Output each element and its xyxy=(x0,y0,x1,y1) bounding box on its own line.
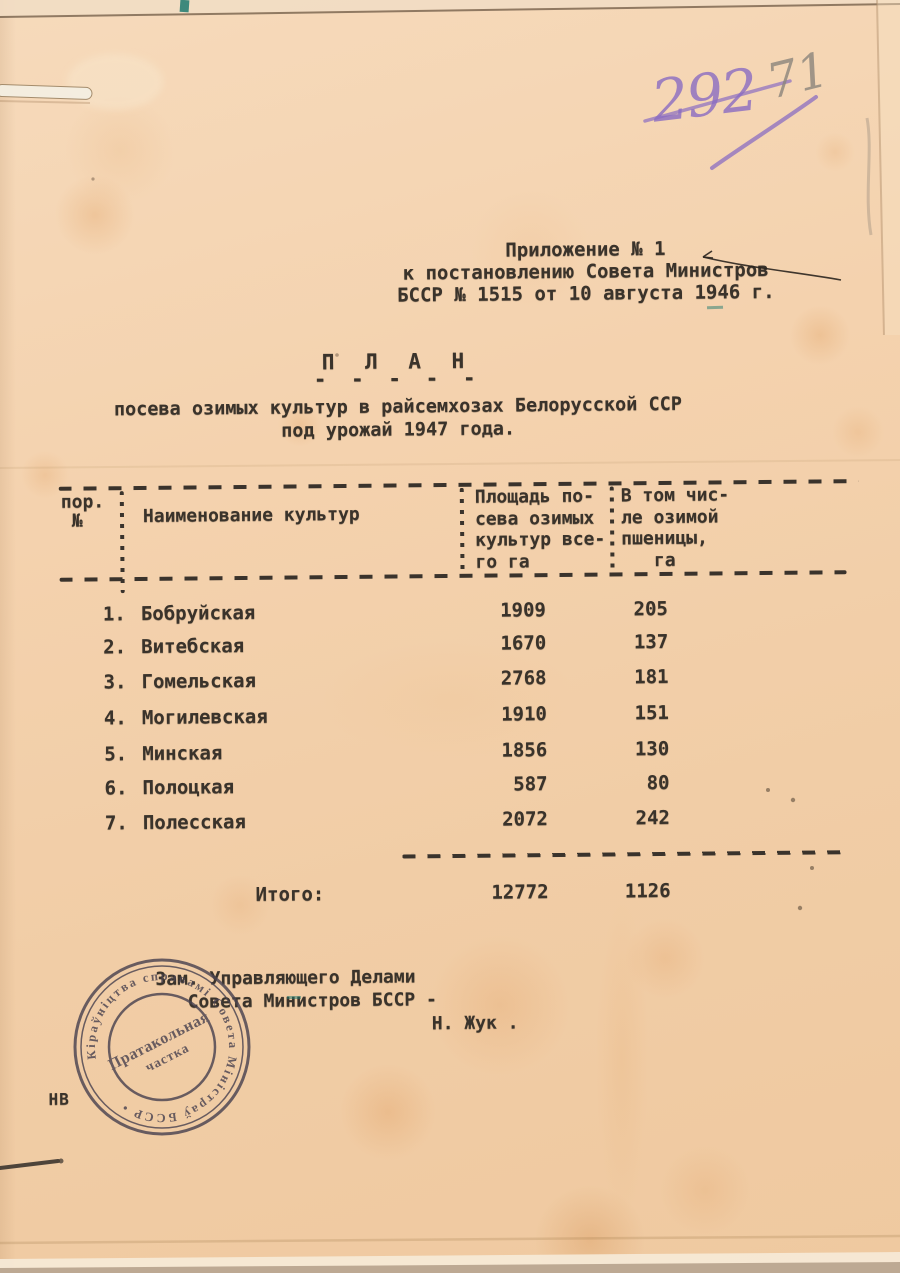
row-name: Витебская xyxy=(141,635,244,658)
row-number: 6. xyxy=(104,777,140,799)
table-row: 6. Полоцкая 587 80 xyxy=(1,770,900,805)
row-wheat-value: 205 xyxy=(592,598,668,621)
row-wheat-value: 130 xyxy=(593,738,669,761)
row-number: 7. xyxy=(105,812,141,834)
table-row: 2. Витебская 1670 137 xyxy=(0,629,900,664)
table-header-bottom-border xyxy=(60,570,847,582)
row-number: 2. xyxy=(103,636,139,658)
row-name: Гомельская xyxy=(141,670,256,693)
column-header-area: Площадь по- сева озимых культур все- го … xyxy=(475,486,606,573)
signatory-name: Н. Жук . xyxy=(432,1012,519,1034)
scanned-document-page: Приложение № 1 к постановлению Совета Ми… xyxy=(0,0,900,1273)
row-area-value: 1910 xyxy=(431,703,547,726)
row-name: Полоцкая xyxy=(142,776,234,799)
table-row: 4. Могилевская 1910 151 xyxy=(1,700,900,735)
appendix-line3: БССР № 1515 от 10 августа 1946 г. xyxy=(390,281,782,307)
subtitle-line1: посева озимых культур в райсемхозах Бело… xyxy=(93,394,703,421)
row-name: Минская xyxy=(142,742,222,765)
table-total-separator xyxy=(402,850,849,858)
row-wheat-value: 80 xyxy=(593,772,669,795)
row-name: Могилевская xyxy=(142,706,268,729)
appendix-header: Приложение № 1 к постановлению Совета Ми… xyxy=(389,237,782,307)
row-area-value: 2768 xyxy=(430,667,546,690)
table-row: 1. Бобруйская 1909 205 xyxy=(0,596,900,631)
row-area-value: 1909 xyxy=(430,599,546,622)
column-header-wheat: В том чис- ле озимой пшеницы, га xyxy=(621,484,730,571)
total-area-value: 12772 xyxy=(433,881,549,904)
row-name: Бобруйская xyxy=(141,602,256,625)
table-row: 7. Полесская 2072 242 xyxy=(2,805,900,840)
row-area-value: 1856 xyxy=(431,739,547,762)
row-wheat-value: 181 xyxy=(592,666,668,689)
footer-initials: НВ xyxy=(48,1090,69,1109)
table-total-row: Итого: 12772 1126 xyxy=(3,878,900,913)
row-area-value: 1670 xyxy=(430,632,546,655)
column-header-number: пор. № xyxy=(61,492,105,530)
table-top-border xyxy=(59,479,859,491)
total-wheat-value: 1126 xyxy=(595,880,671,903)
row-number: 1. xyxy=(103,603,139,625)
title-underline: - - - - - xyxy=(93,364,703,394)
row-wheat-value: 242 xyxy=(594,807,670,830)
official-round-stamp: Кіраўніцтва справамі Совета Міністраў БС… xyxy=(72,957,252,1137)
total-label: Итого: xyxy=(256,883,325,906)
row-wheat-value: 151 xyxy=(593,702,669,725)
row-area-value: 2072 xyxy=(432,808,548,831)
row-wheat-value: 137 xyxy=(592,631,668,654)
table-row: 3. Гомельская 2768 181 xyxy=(0,664,900,699)
row-number: 3. xyxy=(103,671,139,693)
table-row: 5. Минская 1856 130 xyxy=(1,736,900,771)
column-header-name: Наименование культур xyxy=(143,504,360,527)
table-separator-3 xyxy=(610,486,615,572)
table-separator-1 xyxy=(120,491,125,593)
row-number: 4. xyxy=(104,707,140,729)
row-name: Полесская xyxy=(143,811,246,834)
table-separator-2 xyxy=(460,488,465,574)
row-number: 5. xyxy=(104,743,140,765)
subtitle-line2: под урожай 1947 года. xyxy=(93,417,703,444)
row-area-value: 587 xyxy=(431,773,547,796)
